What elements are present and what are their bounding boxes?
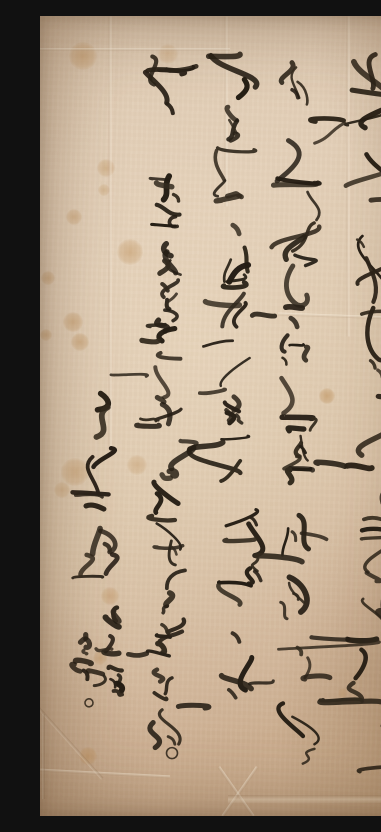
calligraphy-character (274, 115, 345, 189)
calligraphy-character (205, 294, 274, 327)
calligraphy-character (71, 528, 118, 578)
calligraphy-character (358, 535, 381, 582)
calligraphy-character (148, 482, 178, 520)
calligraphy-character (142, 310, 177, 342)
calligraphy-character (286, 307, 302, 308)
calligraphy-character (209, 54, 258, 99)
calligraphy-character (354, 233, 381, 315)
calligraphy-photo: Handwritten Chinese letter in highly cur… (40, 16, 381, 816)
calligraphy-character (313, 462, 381, 509)
calligraphy-character (166, 747, 178, 759)
calligraphy-character (280, 577, 308, 619)
calligraphy-character (137, 404, 181, 426)
calligraphy-character (281, 427, 308, 469)
calligraphy-character (225, 397, 242, 423)
calligraphy-column-1 (313, 54, 381, 772)
calligraphy-character (156, 618, 185, 654)
calligraphy-character (278, 378, 319, 430)
calligraphy-character (367, 308, 381, 360)
calligraphy-character (85, 699, 94, 708)
calligraphy-date-annotation-column-b (70, 635, 107, 708)
calligraphy-date-annotation-column-a (96, 607, 123, 695)
calligraphy-character (345, 152, 381, 208)
calligraphy-character (109, 666, 123, 695)
calligraphy-character (105, 607, 120, 627)
calligraphy-character (291, 318, 297, 327)
calligraphy-character (217, 566, 262, 606)
calligraphy-character (345, 54, 381, 129)
calligraphy-character (369, 361, 381, 378)
calligraphy-character (162, 280, 178, 309)
calligraphy-character (358, 396, 381, 457)
calligraphy-character (356, 706, 381, 771)
calligraphy-character (96, 635, 120, 654)
calligraphy-character (160, 243, 182, 274)
calligraphy-character (167, 104, 173, 113)
calligraphy-character (154, 523, 183, 565)
calligraphy-character (280, 62, 307, 106)
calligraphy-ink-layer (40, 16, 381, 816)
calligraphy-character (227, 107, 238, 141)
calligraphy-character (223, 508, 304, 573)
calligraphy-character (197, 340, 251, 394)
calligraphy-signature-column (71, 374, 148, 578)
calligraphy-character (361, 582, 381, 630)
calligraphy-character (72, 447, 114, 497)
calligraphy-character (233, 225, 239, 234)
calligraphy-character (286, 266, 309, 306)
calligraphy-character (162, 440, 197, 479)
calligraphy-character (149, 705, 210, 748)
calligraphy-character (150, 176, 179, 201)
calligraphy-character (223, 247, 249, 288)
calligraphy-column-4 (125, 56, 210, 758)
calligraphy-character (154, 353, 181, 403)
calligraphy-character (278, 702, 320, 765)
calligraphy-character (214, 147, 257, 201)
calligraphy-column-3 (188, 54, 304, 698)
calligraphy-character (233, 633, 240, 642)
calligraphy-character (362, 517, 381, 531)
calligraphy-character (163, 570, 185, 614)
calligraphy-character (287, 468, 313, 483)
calligraphy-character (86, 505, 104, 509)
calligraphy-character (269, 192, 321, 267)
calligraphy-character (280, 335, 308, 366)
calligraphy-character (125, 649, 174, 699)
calligraphy-character (151, 204, 180, 228)
calligraphy-column-2 (269, 62, 379, 765)
calligraphy-character (80, 635, 90, 655)
calligraphy-character (282, 514, 328, 559)
calligraphy-character (70, 660, 107, 687)
calligraphy-character (145, 56, 196, 103)
calligraphy-character (221, 657, 273, 698)
